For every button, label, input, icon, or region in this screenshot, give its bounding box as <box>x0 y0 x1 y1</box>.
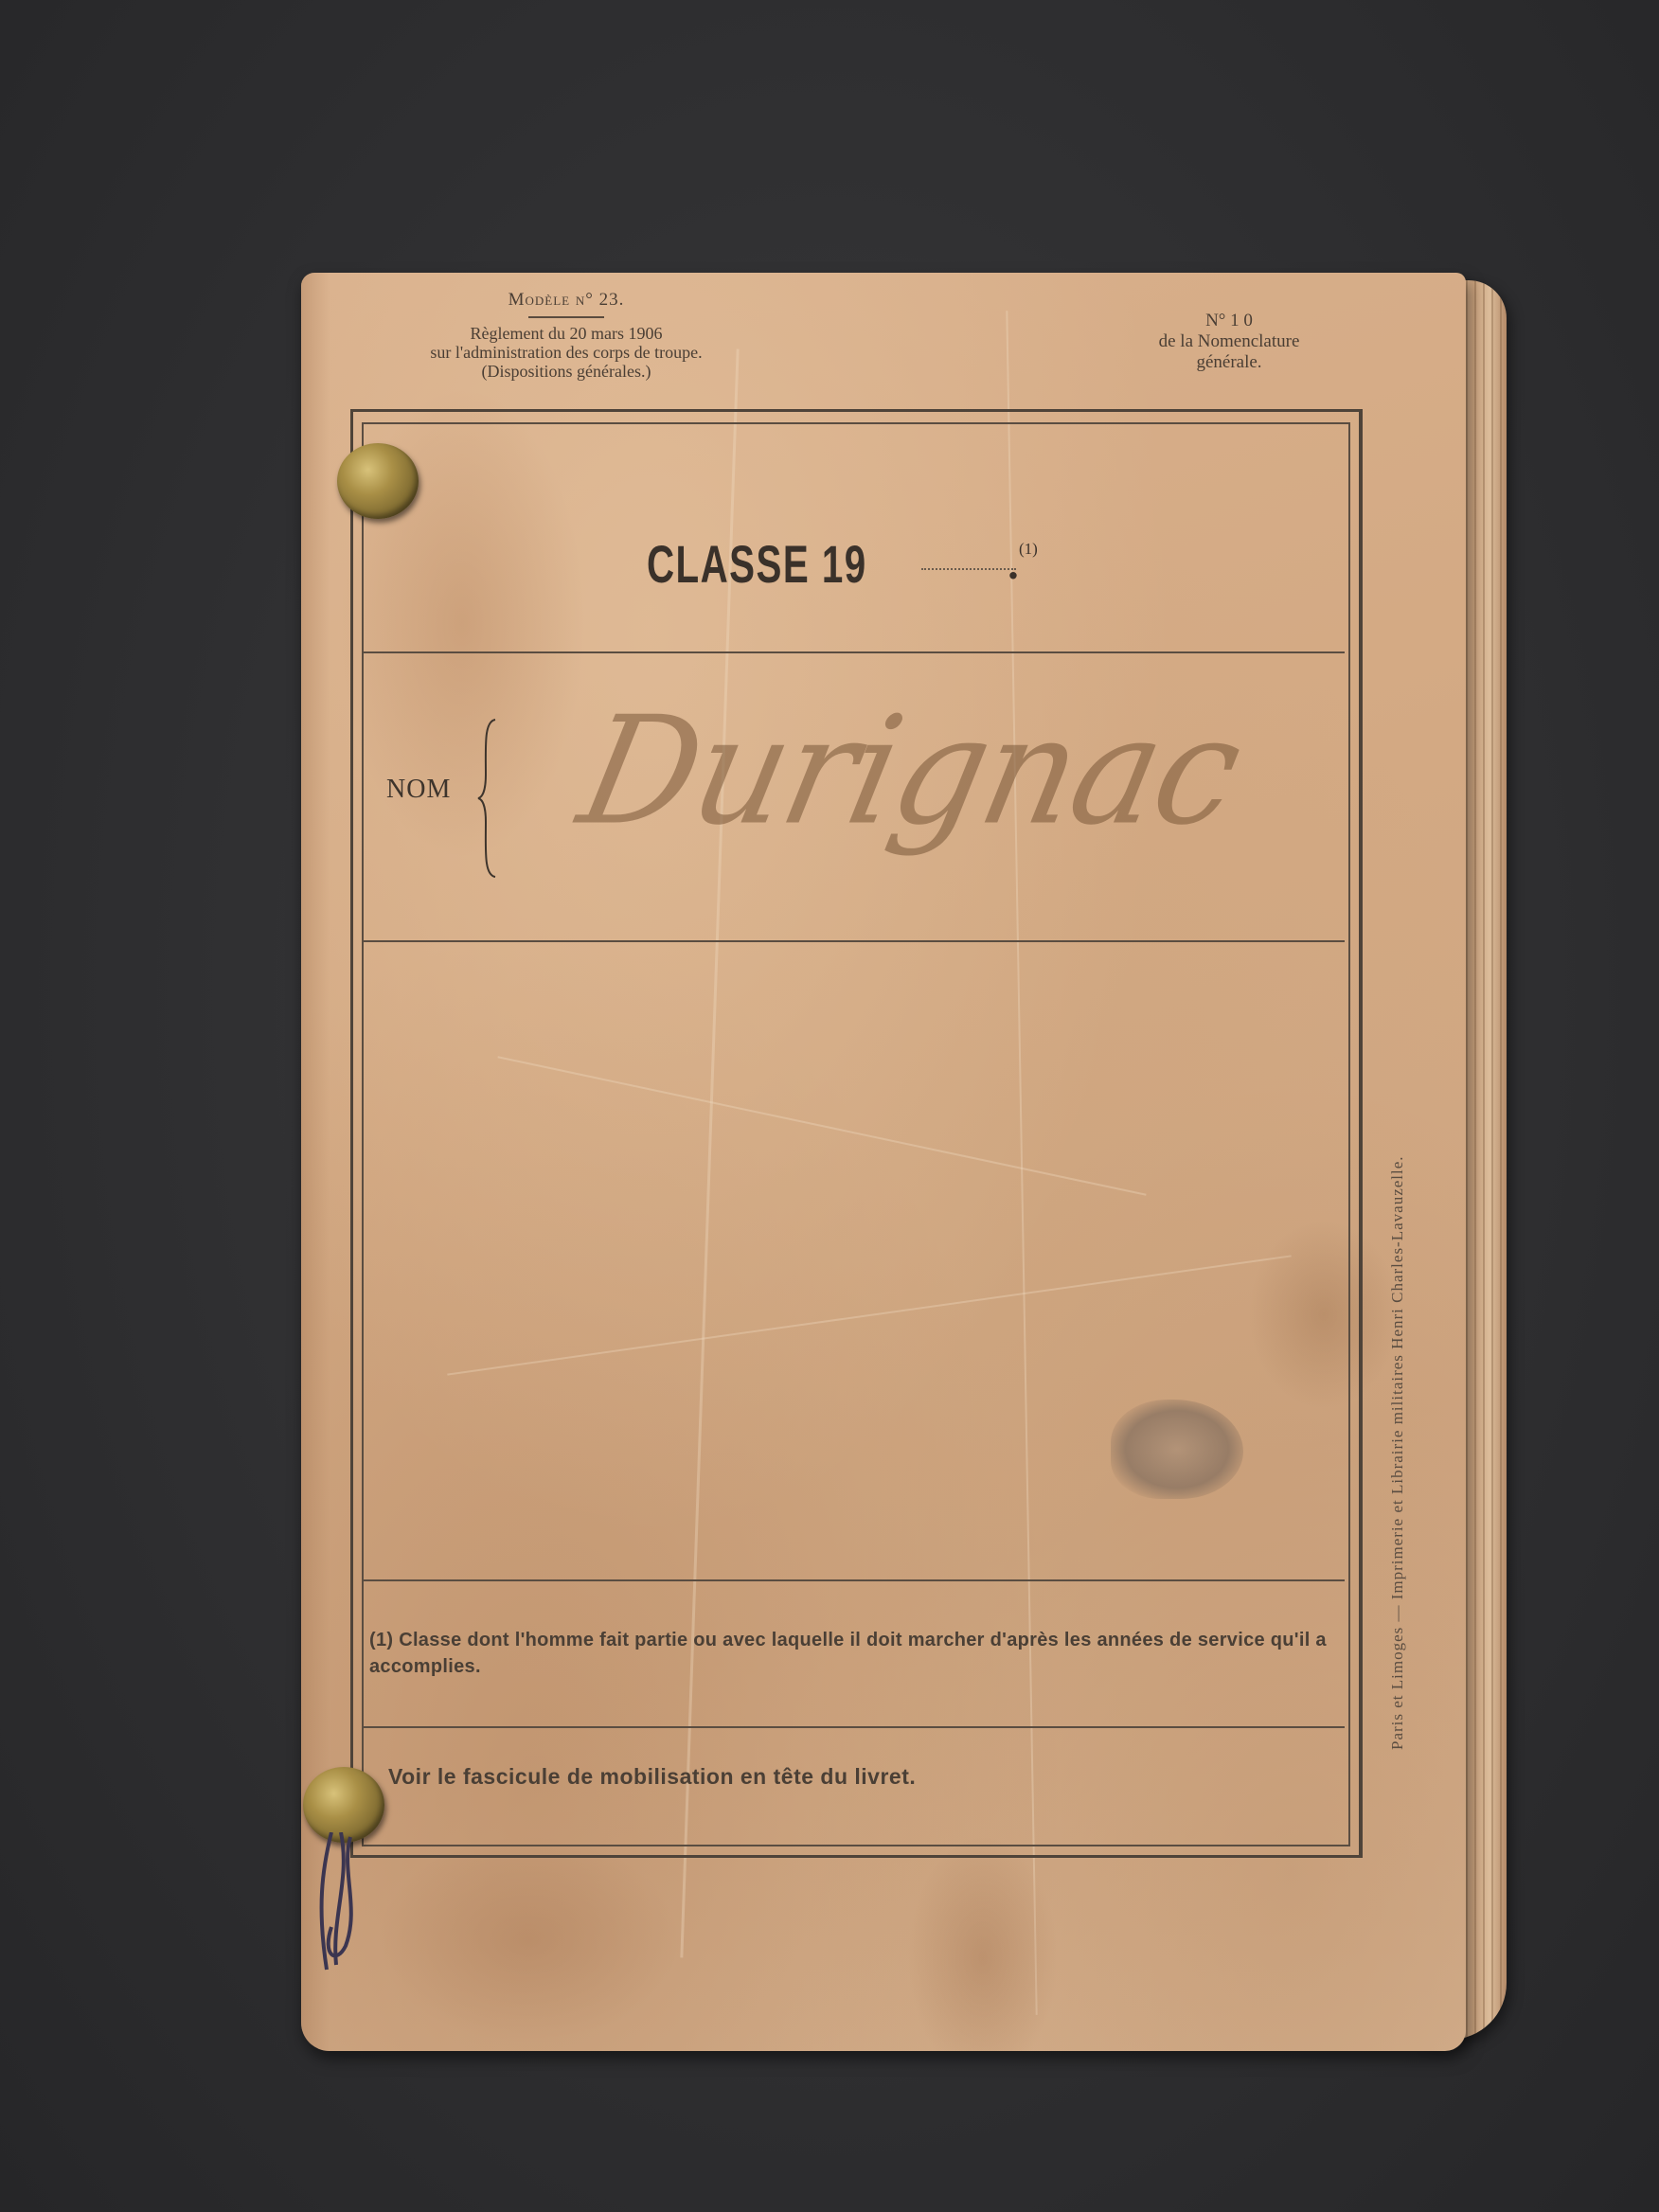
rule-below-footnote <box>364 1726 1345 1728</box>
classe-label: CLASSE 19 <box>647 533 867 595</box>
header-reglement: Modèle n° 23. Règlement du 20 mars 1906 … <box>301 290 831 381</box>
reglement-line: sur l'administration des corps de troupe… <box>301 343 831 362</box>
reglement-line: Règlement du 20 mars 1906 <box>301 324 831 343</box>
nomenclature-line: générale. <box>1087 352 1371 373</box>
reglement-line: (Dispositions générales.) <box>301 362 831 381</box>
rule-below-classe <box>364 651 1345 653</box>
booklet-cover: Modèle n° 23. Règlement du 20 mars 1906 … <box>301 273 1466 2051</box>
modele-number: Modèle n° 23. <box>301 290 831 311</box>
nom-label: NOM <box>386 775 451 805</box>
classe-year-blank <box>921 566 1016 570</box>
nomenclature-number: N° 1 0 <box>1087 311 1371 331</box>
curly-brace-icon <box>476 718 499 879</box>
footnote-text: (1) Classe dont l'homme fait partie ou a… <box>369 1627 1354 1680</box>
mobilisation-note: Voir le fascicule de mobilisation en têt… <box>388 1764 1335 1790</box>
nomenclature-line: de la Nomenclature <box>1087 331 1371 352</box>
header-nomenclature: N° 1 0 de la Nomenclature générale. <box>1087 311 1371 373</box>
footnote-reference: (1) <box>1019 540 1038 559</box>
brass-rivet-top <box>337 443 419 519</box>
rule-below-nom <box>364 940 1345 942</box>
rule-above-footnote <box>364 1579 1345 1581</box>
binding-thread <box>312 1832 388 1974</box>
handwritten-surname: Durignac <box>567 686 1254 859</box>
military-booklet: Modèle n° 23. Règlement du 20 mars 1906 … <box>301 273 1504 2051</box>
brass-rivet-bottom <box>303 1767 384 1843</box>
printer-imprint: Paris et Limoges — Imprimerie et Librair… <box>1388 1155 1407 1750</box>
